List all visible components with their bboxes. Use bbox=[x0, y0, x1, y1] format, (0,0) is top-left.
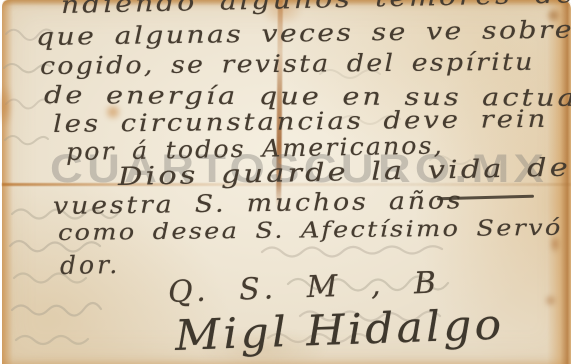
letter-photo: CUARTOSCURO.MX ndiendo algunos temores d… bbox=[0, 0, 571, 364]
letter-line: como desea S. Afectísimo Servó bbox=[58, 216, 563, 246]
letter-line: dor. bbox=[60, 250, 121, 280]
letter-line: cogido, se revista del espíritu bbox=[40, 48, 535, 80]
letter-line: vuestra S. muchos años bbox=[53, 186, 464, 220]
